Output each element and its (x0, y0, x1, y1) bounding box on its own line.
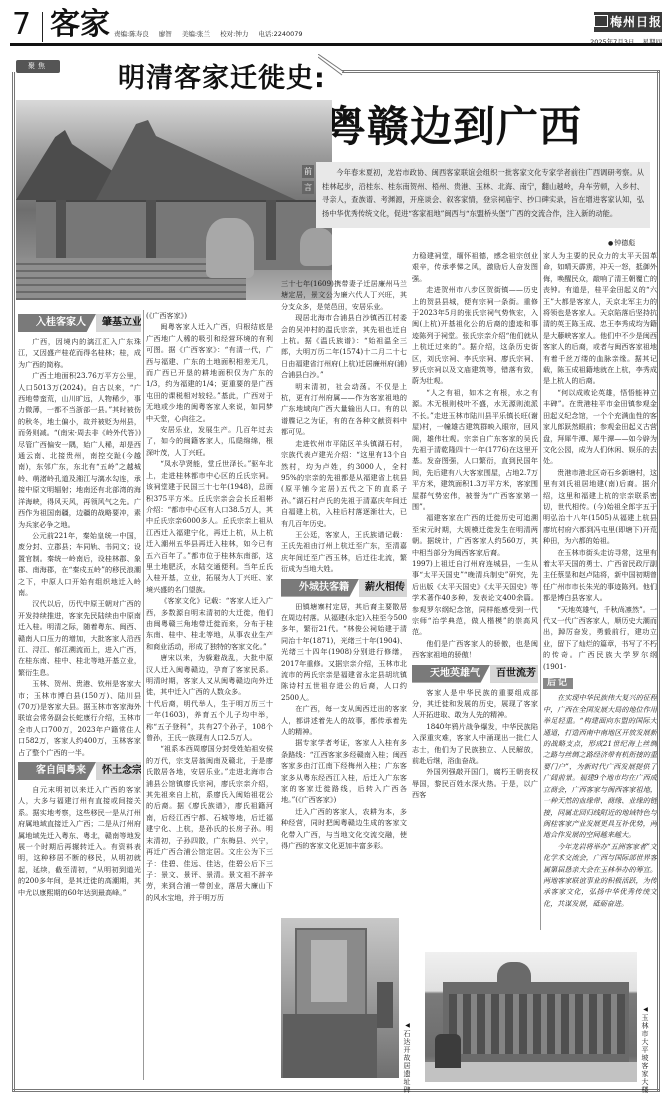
editor-credits: 责编:陈寿良 廖智 美编:张兰 校对:钟力 电话:2240079 (114, 29, 311, 38)
editor-credit: 美编:张兰 (182, 30, 210, 38)
frame-border-bottom (12, 1089, 660, 1092)
column-divider (143, 310, 144, 1080)
section-heading: 入桂客家人 肇基立业 (18, 314, 141, 332)
masthead: 7 客家 责编:陈寿良 廖智 美编:张兰 校对:钟力 电话:2240079 梅州… (10, 8, 662, 44)
afterword-heading: 后记 (543, 678, 573, 689)
bullet-icon: ● (608, 240, 613, 247)
headline-main: 明清客家迁徙史: (118, 56, 326, 95)
article-column-4: 力稳建祠堂，缅怀祖德，感念祖宗创业艰辛，传承孝悌之风，激励后人奋发图强。 走进贺… (412, 250, 538, 915)
newspaper-logo: 梅州日报 (594, 12, 662, 32)
phone-number: 电话:2240079 (258, 30, 302, 38)
newspaper-name: 梅州日报 (610, 15, 662, 29)
frame-border-top (342, 70, 660, 73)
editor-credit: 责编:陈寿良 (114, 30, 149, 38)
editor-credit: 校对:钟力 (220, 30, 248, 38)
logo-icon (594, 15, 608, 27)
stone-lion (206, 218, 254, 278)
photo-caption: ◀玉林市大平坡客家大楼 (641, 1006, 649, 1094)
intro-paragraph: 今年春末夏初，龙岩市政协、闽西客家联谊会组织一批客家文化专家学者前往广西调研考察… (316, 162, 650, 228)
photo-stele (281, 918, 399, 1078)
intro-label: 前 言 (302, 165, 314, 197)
article-column-1: 入桂客家人 肇基立业 广西，因境内的漓江汇入广东珠江，又因盛产桂花而得名桂林；桂… (18, 310, 141, 1082)
byline: ●钟德彪 (608, 238, 635, 248)
masthead-rule (10, 43, 662, 46)
article-column-3: 三十七年(1609)携带妻子迁居廉州马兰塘定居，景文公为廉六代人丁兴旺，其分支众… (281, 278, 407, 910)
masthead-divider (42, 12, 43, 42)
frame-border-left (12, 72, 15, 1092)
photo-hakka-building (425, 952, 637, 1082)
column-divider (540, 250, 541, 930)
stone-lion (300, 228, 332, 266)
section-heading: 外城扶客籍 薪火相传 (281, 579, 407, 597)
page-number: 7 (12, 8, 31, 42)
frame-border-right (657, 70, 660, 1092)
article-column-5: 家人为主要的民众力的太平天国革命，如晴天霹雳，冲天一怒，抵御外侮，唤醒民众，敲响… (543, 250, 657, 930)
editor-credit: 廖智 (159, 30, 172, 38)
caption-arrow-icon: ◀ (404, 1022, 411, 1030)
article-column-2: (《广西客家》) 闽粤客家人迁入广西，归根结底是广西地广人稀的吸引和经营环境的有… (146, 310, 273, 1082)
section-heading: 客自闽粤来 怀土念宗 (18, 762, 141, 780)
column-tag: 聚焦 (16, 60, 60, 73)
caption-arrow-icon: ◀ (642, 1006, 649, 1014)
photo-caption: ◀石达开故居遗址碑 (403, 1022, 411, 1094)
section-heading: 天地英雄气 百世流芳 (412, 665, 538, 683)
section-title: 客家 (50, 8, 110, 42)
photo-ancestral-hall: 贺州市八步区贺街镇张氏宗祠 (16, 100, 332, 300)
